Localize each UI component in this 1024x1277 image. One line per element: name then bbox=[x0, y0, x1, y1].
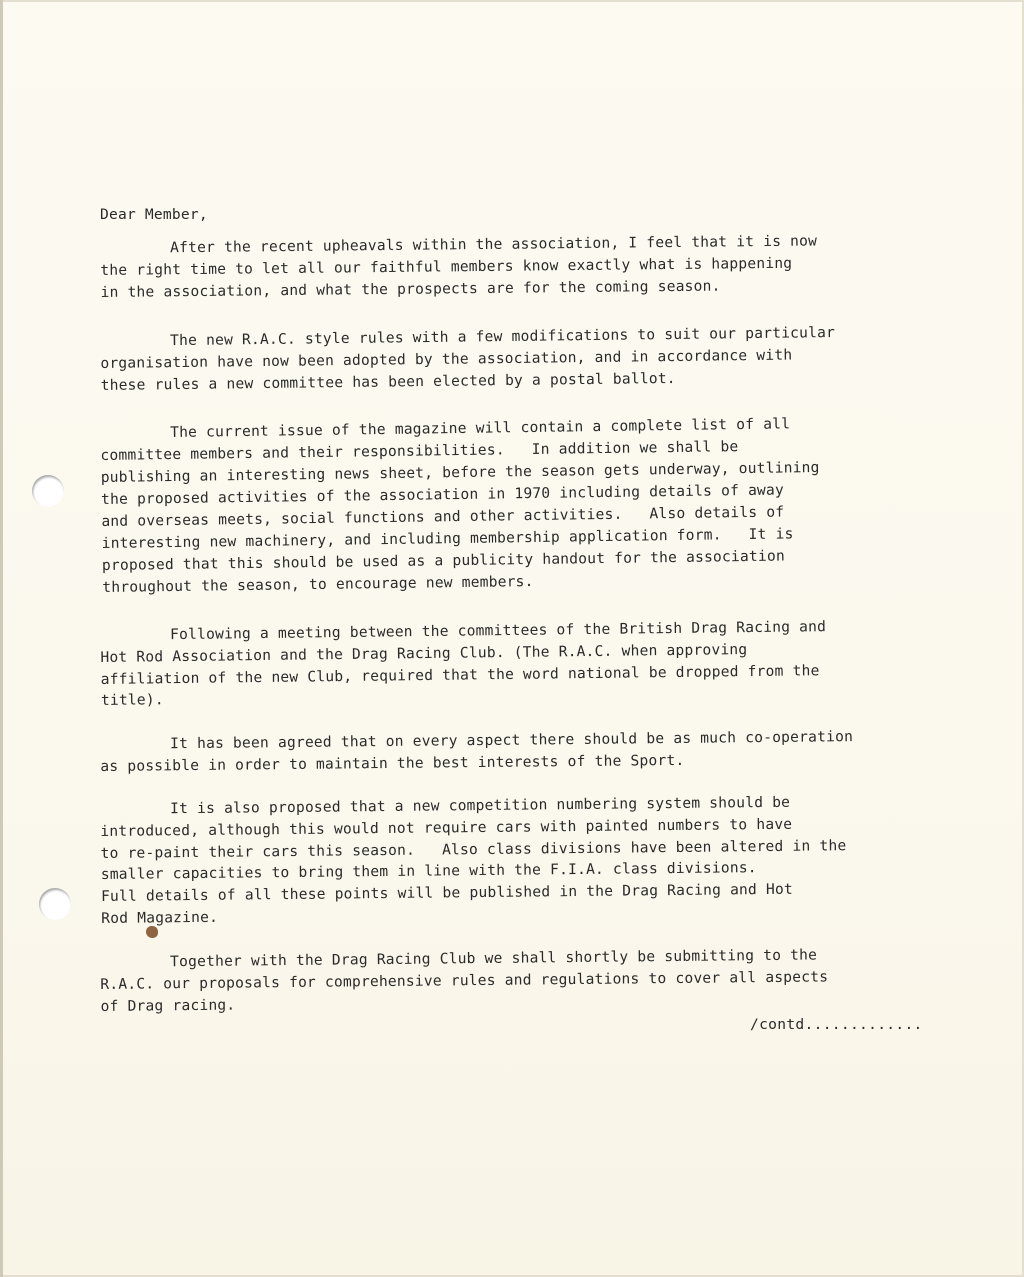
paragraph-upheavals: After the recent upheavals within the as… bbox=[100, 228, 1001, 303]
paper-edge bbox=[0, 0, 3, 1277]
paragraph-magazine: The current issue of the magazine will c… bbox=[100, 410, 1002, 599]
continuation-marker: /contd............. bbox=[750, 1016, 923, 1033]
salutation: Dear Member, bbox=[100, 204, 1000, 226]
paragraph-proposals: Together with the Drag Racing Club we sh… bbox=[100, 943, 1001, 1018]
paragraph-meeting: Following a meeting between the committe… bbox=[100, 614, 1001, 712]
paragraph-rules: The new R.A.C. style rules with a few mo… bbox=[100, 320, 1001, 396]
paragraph-cooperation: It has been agreed that on every aspect … bbox=[100, 724, 1000, 777]
punch-hole-bottom bbox=[39, 888, 71, 920]
punch-hole-top bbox=[32, 475, 64, 507]
paragraph-numbering: It is also proposed that a new competiti… bbox=[100, 790, 1001, 930]
letter-body: Dear Member, After the recent upheavals … bbox=[100, 204, 1000, 1040]
letter-page: Dear Member, After the recent upheavals … bbox=[0, 0, 1024, 1277]
